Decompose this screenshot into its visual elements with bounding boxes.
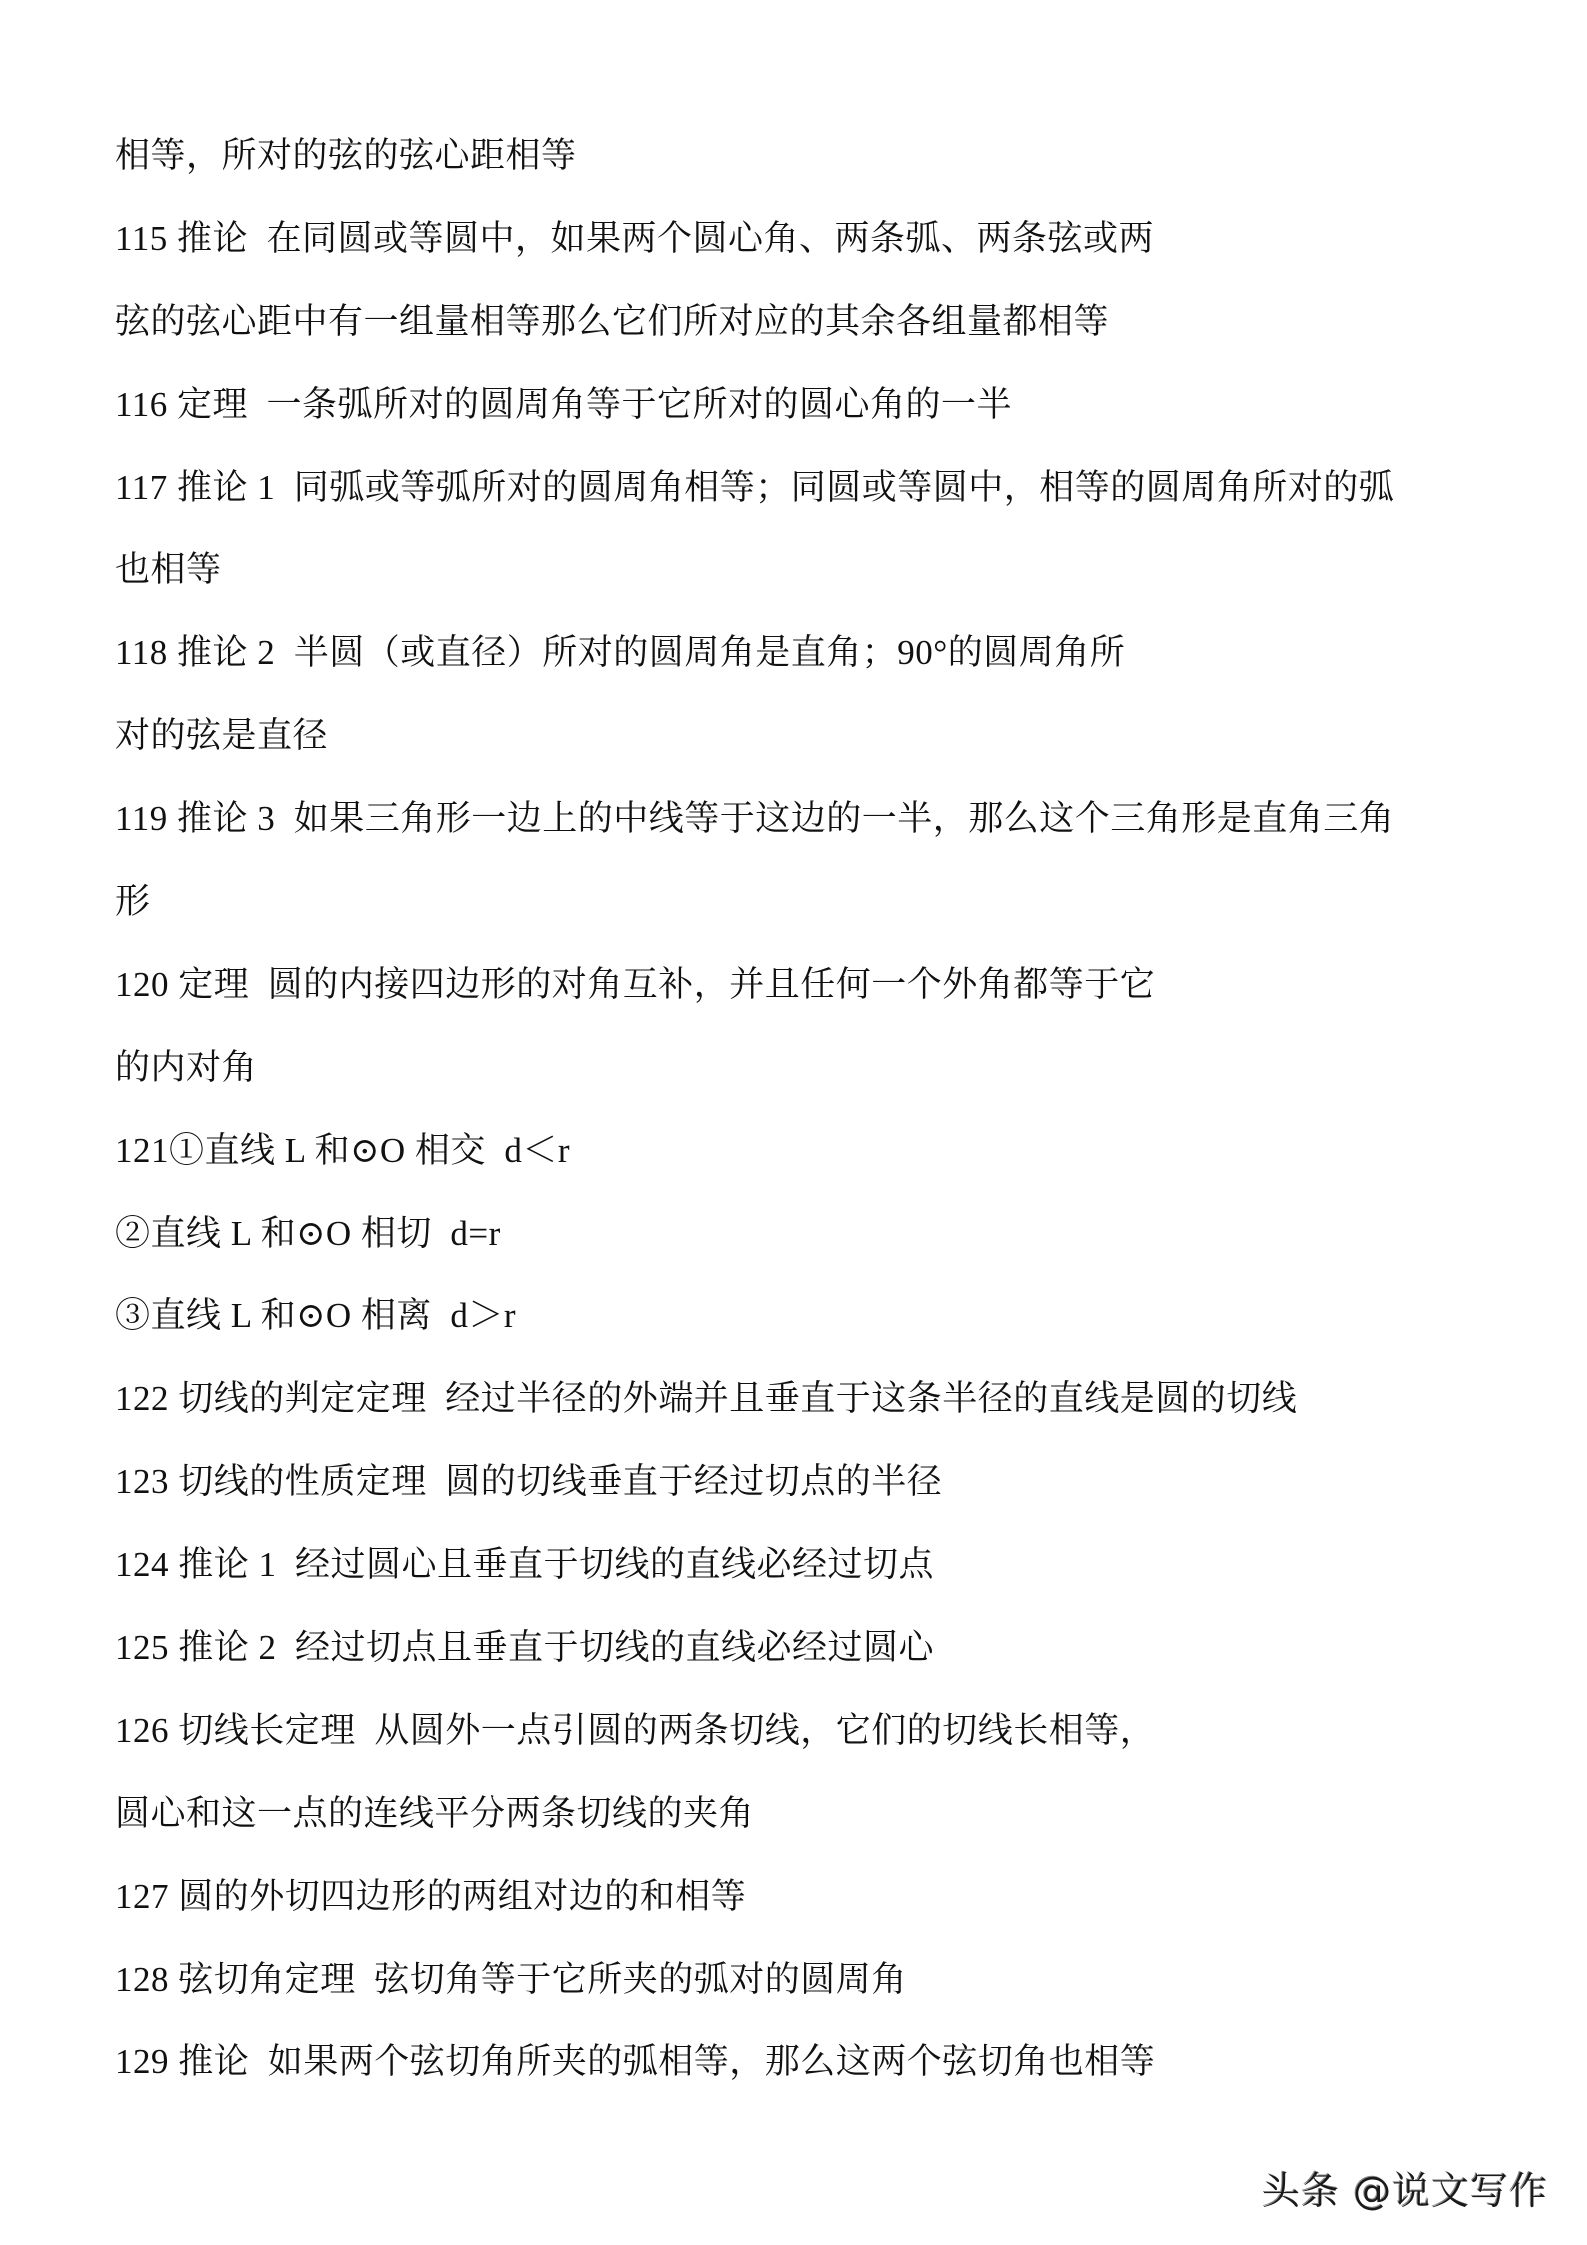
text-line: 126 切线长定理 从圆外一点引圆的两条切线，它们的切线长相等，	[115, 1705, 1515, 1788]
text-line: 118 推论 2 半圆（或直径）所对的圆周角是直角；90°的圆周角所	[115, 627, 1515, 710]
text-line: 圆心和这一点的连线平分两条切线的夹角	[115, 1788, 1515, 1871]
text-line: 的内对角	[115, 1042, 1515, 1125]
document-page: 相等，所对的弦的弦心距相等 115 推论 在同圆或等圆中，如果两个圆心角、两条弧…	[0, 0, 1587, 2245]
text-line: 119 推论 3 如果三角形一边上的中线等于这边的一半，那么这个三角形是直角三角	[115, 793, 1515, 876]
text-line: 116 定理 一条弧所对的圆周角等于它所对的圆心角的一半	[115, 379, 1515, 462]
text-line: 117 推论 1 同弧或等弧所对的圆周角相等；同圆或等圆中，相等的圆周角所对的弧	[115, 462, 1515, 545]
text-line: 形	[115, 876, 1515, 959]
text-line: ③直线 L 和⊙O 相离 d＞r	[115, 1290, 1515, 1373]
text-line: 124 推论 1 经过圆心且垂直于切线的直线必经过切点	[115, 1539, 1515, 1622]
text-line: ②直线 L 和⊙O 相切 d=r	[115, 1208, 1515, 1291]
document-body: 相等，所对的弦的弦心距相等 115 推论 在同圆或等圆中，如果两个圆心角、两条弧…	[115, 130, 1515, 2119]
text-line: 125 推论 2 经过切点且垂直于切线的直线必经过圆心	[115, 1622, 1515, 1705]
text-line: 129 推论 如果两个弦切角所夹的弧相等，那么这两个弦切角也相等	[115, 2036, 1515, 2119]
text-line: 127 圆的外切四边形的两组对边的和相等	[115, 1871, 1515, 1954]
text-line: 120 定理 圆的内接四边形的对角互补，并且任何一个外角都等于它	[115, 959, 1515, 1042]
text-line: 121①直线 L 和⊙O 相交 d＜r	[115, 1125, 1515, 1208]
text-line: 对的弦是直径	[115, 710, 1515, 793]
text-line: 115 推论 在同圆或等圆中，如果两个圆心角、两条弧、两条弦或两	[115, 213, 1515, 296]
text-line: 也相等	[115, 544, 1515, 627]
text-line: 相等，所对的弦的弦心距相等	[115, 130, 1515, 213]
text-line: 122 切线的判定定理 经过半径的外端并且垂直于这条半径的直线是圆的切线	[115, 1373, 1515, 1456]
text-line: 128 弦切角定理 弦切角等于它所夹的弧对的圆周角	[115, 1954, 1515, 2037]
watermark: 头条 @说文写作	[1262, 2160, 1548, 2215]
text-line: 弦的弦心距中有一组量相等那么它们所对应的其余各组量都相等	[115, 296, 1515, 379]
text-line: 123 切线的性质定理 圆的切线垂直于经过切点的半径	[115, 1456, 1515, 1539]
